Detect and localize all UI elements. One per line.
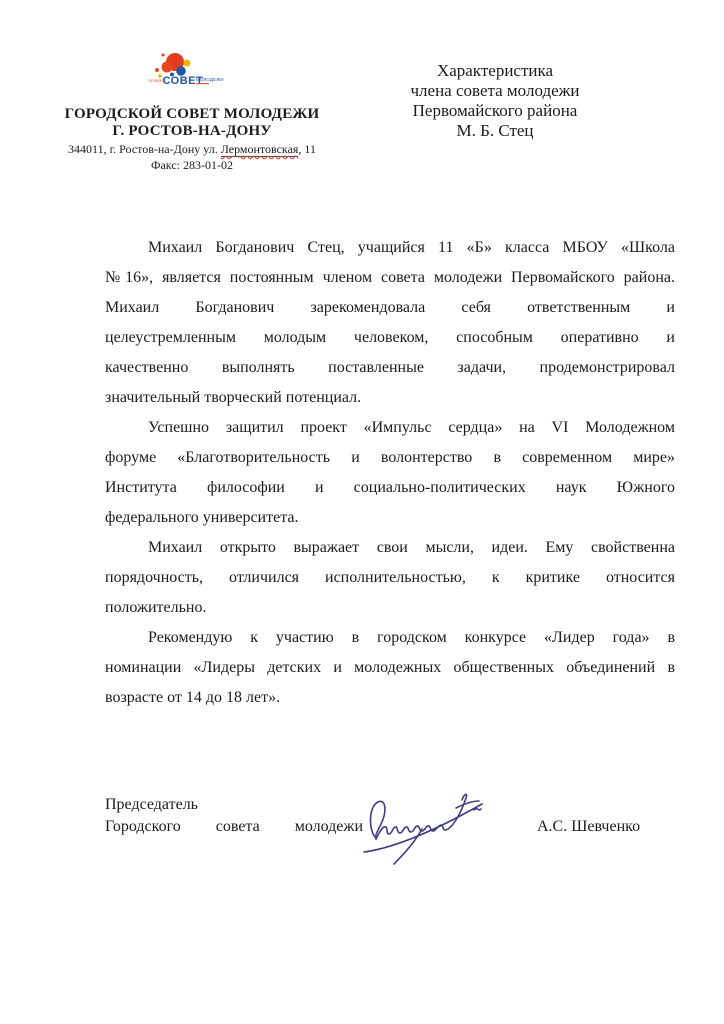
address-suffix: , 11 [298, 142, 316, 156]
paragraph-1-line: качественно выполнять поставленные задач… [105, 353, 675, 383]
paragraph-1-line: Михаил Богданович Стец, учащийся 11 «Б» … [105, 233, 675, 263]
paragraph-2-line: федерального университета. [105, 503, 675, 533]
signer-role-line1: Председатель [105, 794, 198, 816]
role-word: молодежи [295, 816, 363, 838]
title-line-4: М. Б. Стец [378, 121, 612, 141]
title-line-3: Первомайского района [378, 101, 612, 121]
org-name-line1: ГОРОДСКОЙ СОВЕТ МОЛОДЕЖИ [56, 106, 328, 123]
paragraph-2-line: Института философии и социально-политиче… [105, 473, 675, 503]
body-text: Михаил Богданович Стец, учащийся 11 «Б» … [105, 233, 675, 713]
org-address: 344011, г. Ростов-на-Дону ул. Лермонтовс… [56, 141, 328, 157]
org-name-line2: Г. РОСТОВ-НА-ДОНУ [56, 123, 328, 140]
paragraph-1-line: №16», является постоянным членом совета … [105, 263, 675, 293]
paragraph-3-line: порядочность, отличился исполнительность… [105, 563, 675, 593]
sender-block: ГОРОДСКОЙ СОВЕТ МОЛОДЕЖИ Г. РОСТОВ-НА-ДО… [56, 106, 328, 173]
title-line-2: члена совета молодежи [378, 81, 612, 101]
logo-dots-icon: городской СОВЕТ МОЛОДЕЖИ [148, 50, 224, 92]
address-prefix: 344011, г. Ростов-на-Дону ул. [68, 142, 221, 156]
org-fax: Факс: 283-01-02 [56, 157, 328, 173]
title-line-1: Характеристика [378, 61, 612, 81]
paragraph-3-line: положительно. [105, 593, 675, 623]
role-word: совета [216, 816, 260, 838]
paragraph-1-line: Михаил Богданович зарекомендовала себя о… [105, 293, 675, 323]
signer-role-line2: Городского совета молодежи [105, 816, 363, 838]
paragraph-1-line: значительный творческий потенциал. [105, 383, 675, 413]
role-word: Городского [105, 816, 181, 838]
signer-name: А.С. Шевченко [537, 816, 640, 838]
paragraph-4-line: Рекомендую к участию в городском конкурс… [105, 623, 675, 653]
logo-tagline-bar [196, 83, 209, 84]
paragraph-3-line: Михаил открыто выражает свои мысли, идеи… [105, 533, 675, 563]
signature-icon [358, 772, 490, 870]
address-street: Лермонтовская [221, 142, 299, 157]
handwritten-signature [358, 772, 490, 870]
paragraph-2-line: форуме «Благотворительность и волонтерст… [105, 443, 675, 473]
paragraph-4-line: номинации «Лидеры детских и молодежных о… [105, 653, 675, 683]
document-title-block: Характеристика члена совета молодежи Пер… [378, 61, 612, 141]
paragraph-4-line: возрасте от 14 до 18 лет». [105, 683, 675, 713]
council-logo: городской СОВЕТ МОЛОДЕЖИ [148, 50, 224, 92]
paragraph-2-line: Успешно защитил проект «Импульс сердца» … [105, 413, 675, 443]
paragraph-1-line: целеустремленным молодым человеком, спос… [105, 323, 675, 353]
logo-suffix-text: МОЛОДЕЖИ [196, 77, 224, 82]
document-page: городской СОВЕТ МОЛОДЕЖИ ГОРОДСКОЙ СОВЕТ… [0, 0, 724, 1024]
